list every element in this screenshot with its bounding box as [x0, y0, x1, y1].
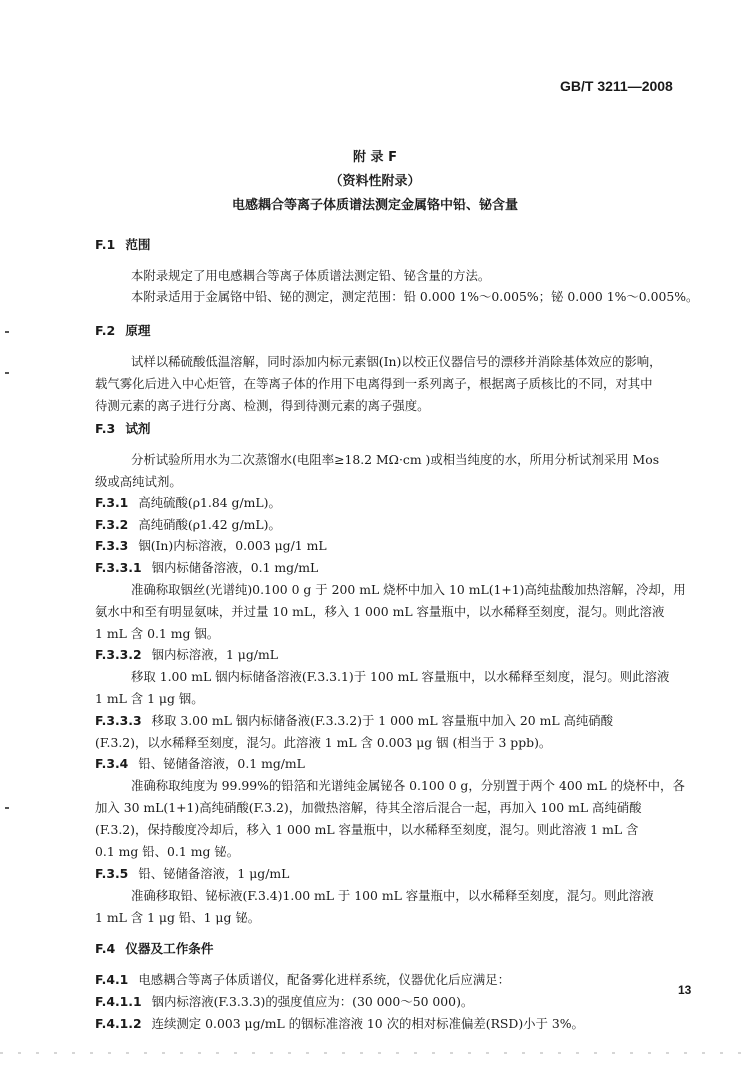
clause-f3-3-1: F.3.3.1铟内标储备溶液，0.1 mg/mL [95, 558, 318, 576]
paragraph: 准确称取纯度为 99.99%的铅箔和光谱纯金属铋各 0.100 0 g，分别置于… [131, 776, 685, 794]
annex-label: 附 录 F [0, 146, 750, 170]
paragraph: (F.3.2)，保持酸度冷却后，移入 1 000 mL 容量瓶中，以水稀释至刻度… [95, 820, 638, 838]
clause-f3-4: F.3.4铅、铋储备溶液，0.1 mg/mL [95, 754, 305, 772]
clause-f4-1: F.4.1电感耦合等离子体质谱仪，配备雾化进样系统，仪器优化后应满足： [95, 970, 510, 988]
paragraph: 准确移取铅、铋标液(F.3.4)1.00 mL 于 100 mL 容量瓶中，以水… [131, 886, 654, 904]
paragraph: 本附录规定了用电感耦合等离子体质谱法测定铅、铋含量的方法。 [131, 266, 490, 284]
annex-main-title: 电感耦合等离子体质谱法测定金属铬中铅、铋含量 [0, 194, 750, 218]
page-number: 13 [678, 983, 691, 997]
paragraph: 1 mL 含 1 μg 铟。 [95, 689, 204, 707]
paragraph: 准确称取铟丝(光谱纯)0.100 0 g 于 200 mL 烧杯中加入 10 m… [131, 580, 686, 598]
clause-f3-2: F.3.2高纯硝酸(ρ1.42 g/mL)。 [95, 515, 281, 533]
clause-f3-3-2: F.3.3.2铟内标溶液，1 μg/mL [95, 645, 278, 663]
margin-mark [5, 372, 9, 374]
clause-f3-1: F.3.1高纯硫酸(ρ1.84 g/mL)。 [95, 493, 281, 511]
margin-mark [5, 331, 9, 333]
paragraph: 待测元素的离子进行分离、检测，得到待测元素的离子强度。 [95, 396, 430, 414]
annex-title-block: 附 录 F （资料性附录） 电感耦合等离子体质谱法测定金属铬中铅、铋含量 [0, 146, 750, 218]
paragraph: 氨水中和至有明显氨味，并过量 10 mL，移入 1 000 mL 容量瓶中，以水… [95, 602, 664, 620]
paragraph: 加入 30 mL(1+1)高纯硝酸(F.3.2)，加微热溶解，待其全溶后混合一起… [95, 798, 642, 816]
paragraph: 分析试验所用水为二次蒸馏水(电阻率≥18.2 MΩ·cm )或相当纯度的水，所用… [131, 450, 659, 468]
paragraph: 试样以稀硫酸低温溶解，同时添加内标元素铟(In)以校正仪器信号的漂移并消除基体效… [131, 352, 662, 370]
standard-id: GB/T 3211—2008 [560, 78, 673, 94]
scan-artifact [0, 1052, 750, 1054]
section-heading-f2: F.2原理 [95, 320, 151, 339]
clause-f4-1-2: F.4.1.2连续测定 0.003 μg/mL 的铟标准溶液 10 次的相对标准… [95, 1014, 584, 1032]
paragraph: 移取 1.00 mL 铟内标储备溶液(F.3.3.1)于 100 mL 容量瓶中… [131, 667, 669, 685]
margin-mark [5, 807, 9, 809]
section-heading-f3: F.3试剂 [95, 418, 151, 437]
annex-type: （资料性附录） [0, 170, 750, 194]
paragraph: 本附录适用于金属铬中铅、铋的测定，测定范围：铅 0.000 1%～0.005%；… [131, 287, 698, 305]
paragraph: 1 mL 含 1 μg 铅、1 μg 铋。 [95, 908, 260, 926]
paragraph: 0.1 mg 铅、0.1 mg 铋。 [95, 842, 239, 860]
paragraph: 1 mL 含 0.1 mg 铟。 [95, 624, 219, 642]
clause-f3-3: F.3.3铟(In)内标溶液，0.003 μg/1 mL [95, 536, 327, 554]
section-heading-f4: F.4仪器及工作条件 [95, 938, 213, 957]
clause-f4-1-1: F.4.1.1铟内标溶液(F.3.3.3)的强度值应为：(30 000～50 0… [95, 992, 473, 1010]
paragraph: (F.3.2)，以水稀释至刻度，混匀。此溶液 1 mL 含 0.003 μg 铟… [95, 733, 551, 751]
clause-f3-5: F.3.5铅、铋储备溶液，1 μg/mL [95, 864, 289, 882]
section-heading-f1: F.1范围 [95, 234, 151, 253]
paragraph: 级或高纯试剂。 [95, 472, 182, 490]
paragraph: 载气雾化后进入中心炬管，在等离子体的作用下电离得到一系列离子，根据离子质核比的不… [95, 374, 653, 392]
clause-f3-3-3: F.3.3.3移取 3.00 mL 铟内标储备液(F.3.3.2)于 1 000… [95, 711, 613, 729]
